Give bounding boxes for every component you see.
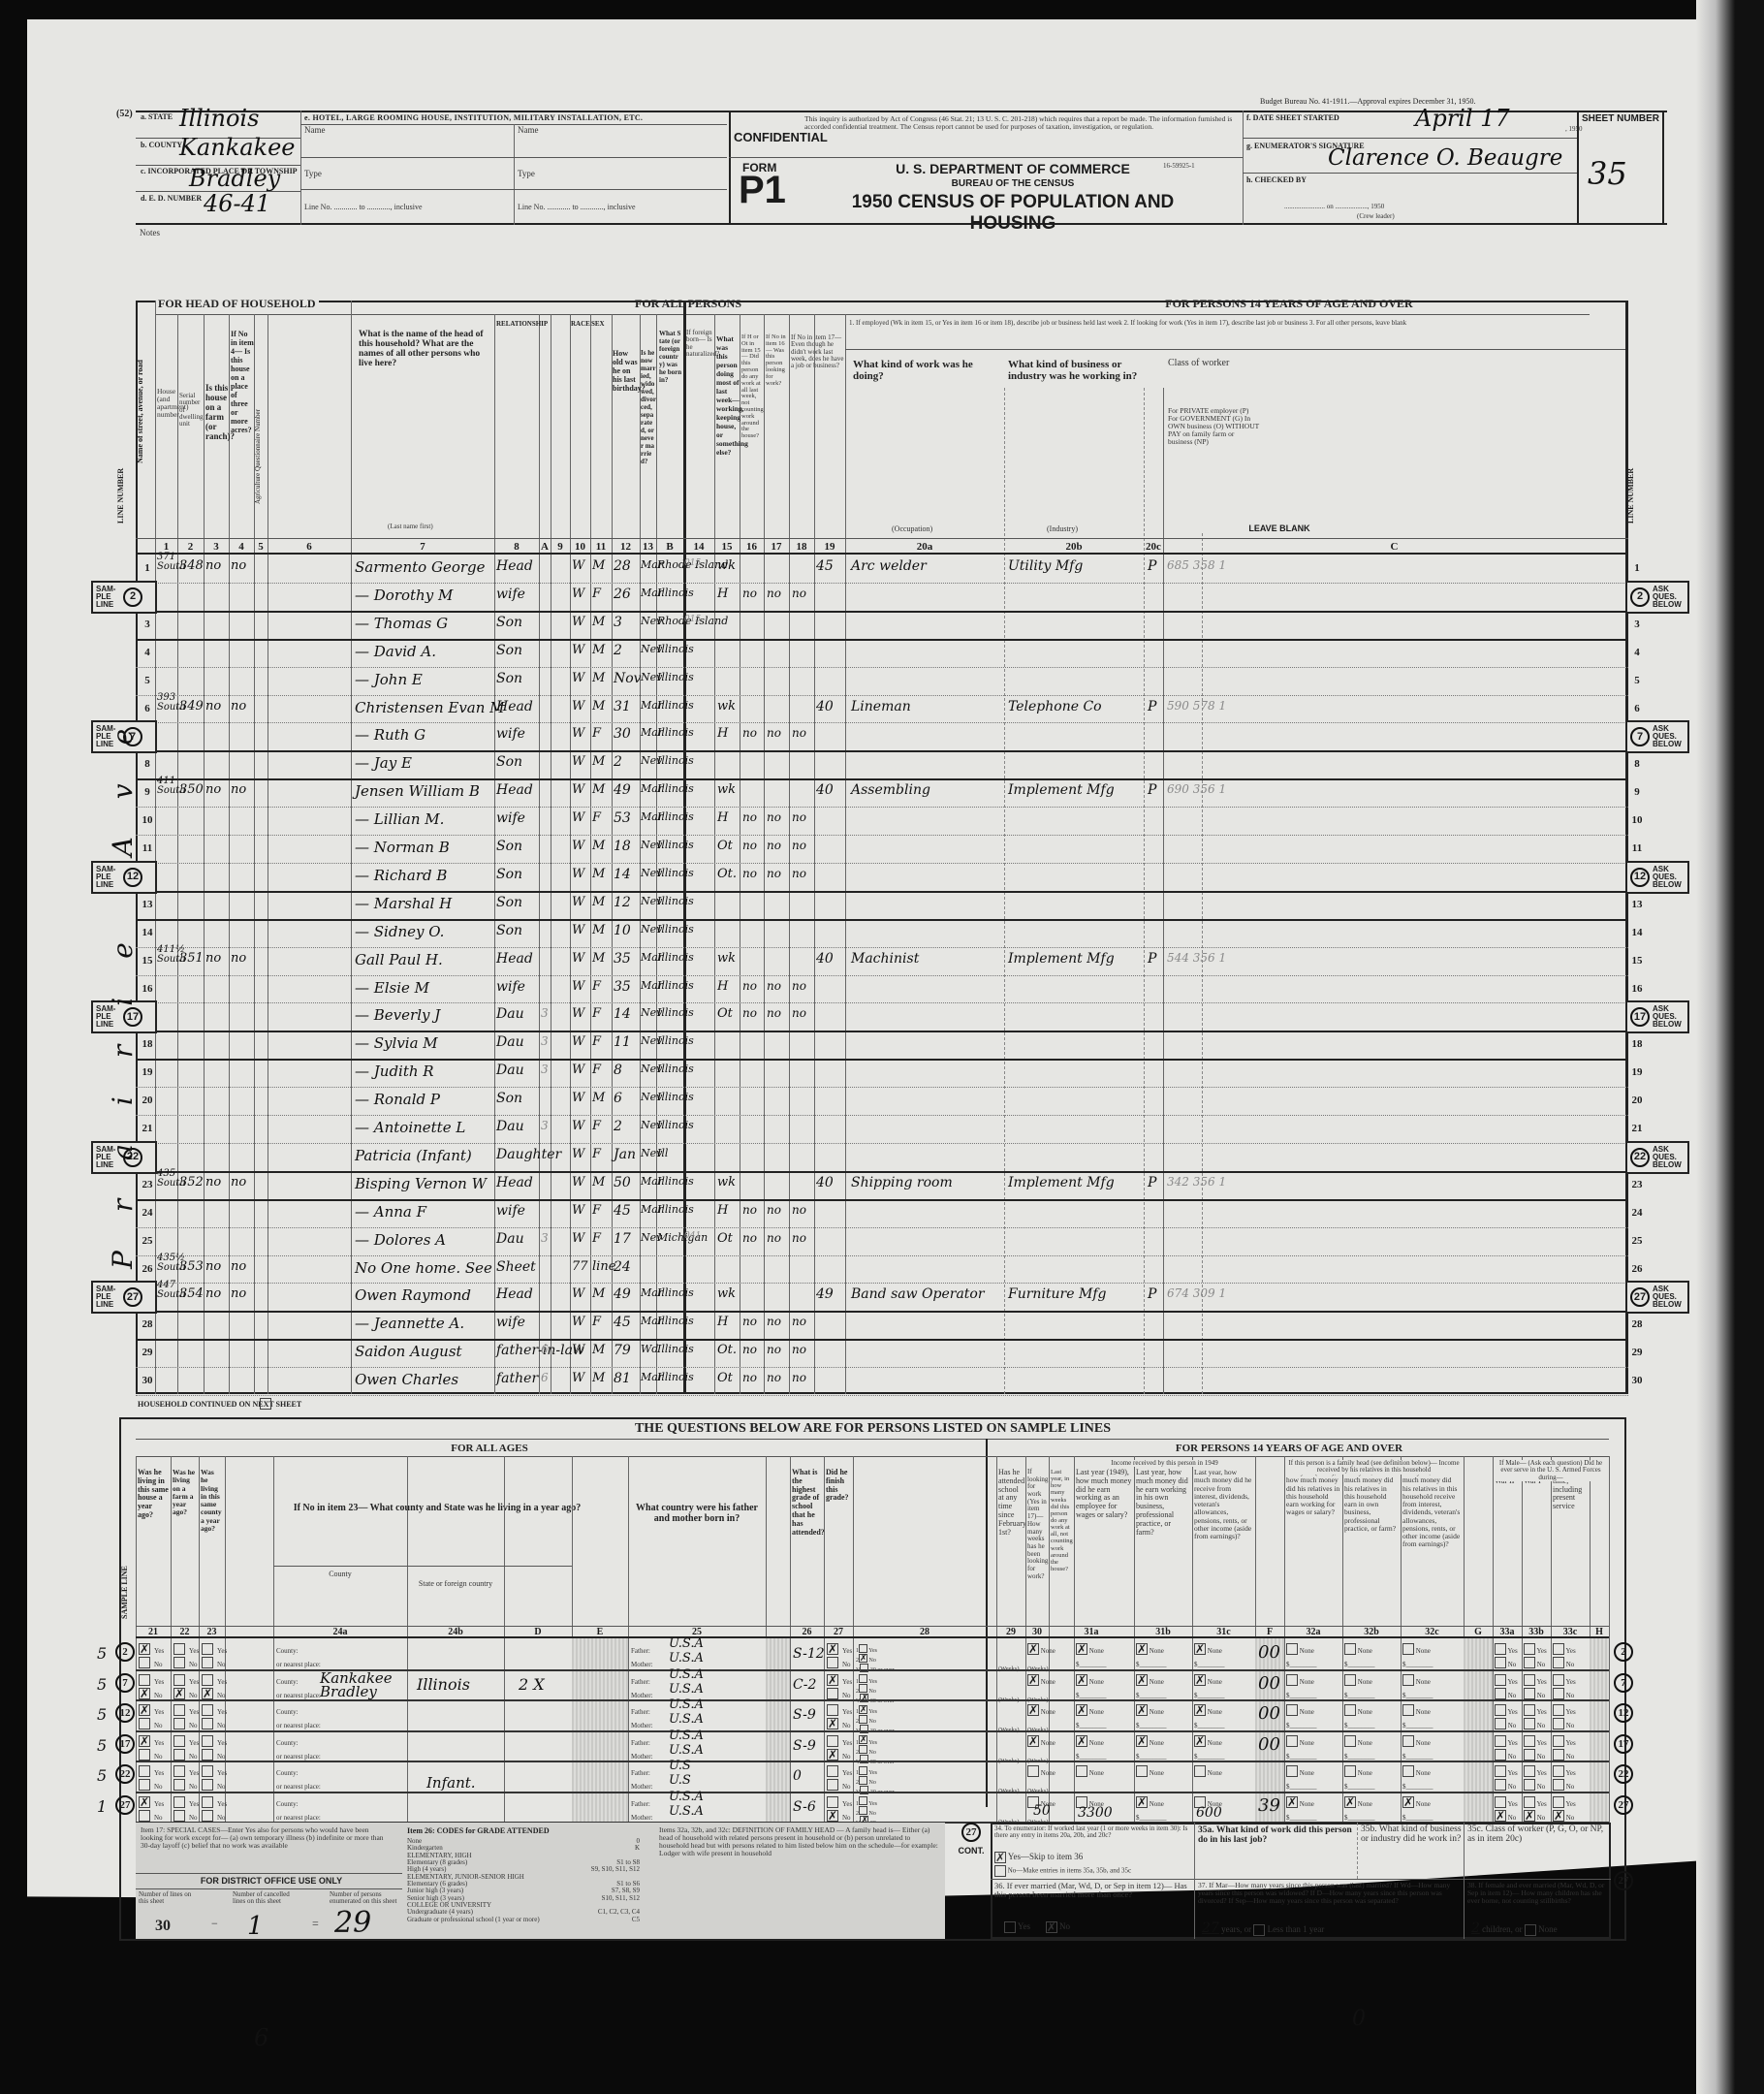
q21-no[interactable]: No [139, 1807, 163, 1824]
q29-weeks-label: (Weeks) [998, 1719, 1020, 1736]
birthplace: Illinois [657, 867, 694, 879]
q21-no[interactable]: No [139, 1715, 163, 1732]
q21-no[interactable]: No [139, 1776, 163, 1793]
q27-no[interactable]: No [827, 1776, 851, 1793]
age: 2 [614, 754, 622, 770]
birthplace: Illinois [657, 1203, 694, 1216]
race: W [572, 1286, 584, 1301]
q36-yes-checkbox[interactable] [1004, 1921, 1016, 1933]
industry: Implement Mfg [1008, 1175, 1115, 1190]
activity: Ot [717, 1371, 733, 1385]
relationship: Daughter [496, 1147, 561, 1162]
column-number: 5 [254, 541, 268, 553]
q23-no[interactable]: No [202, 1807, 226, 1824]
person-name: — Thomas G [355, 615, 448, 632]
worked-answer: no [742, 726, 757, 740]
relationship: wife [496, 979, 525, 995]
q38-none-checkbox[interactable] [1525, 1924, 1536, 1936]
q22-no[interactable]: No [173, 1776, 198, 1793]
person-name: — Elsie M [355, 979, 429, 997]
q22-no[interactable]: No [173, 1654, 198, 1671]
birthplace: Illinois [657, 1371, 694, 1383]
activity: H [717, 1315, 728, 1329]
sex: M [592, 671, 605, 685]
occupation: Lineman [851, 699, 911, 714]
birthplace: Illinois [657, 726, 694, 739]
other-no[interactable]: No [1553, 1746, 1574, 1763]
q30-none[interactable]: ✗ None [1027, 1701, 1055, 1719]
relationship: Son [496, 754, 522, 770]
column-number: 20c [1144, 541, 1163, 553]
race: W [572, 1119, 584, 1133]
q35c-text: 35c. Class of worker (P, G, O, or NP, as… [1467, 1825, 1607, 1845]
q31a-amount-line: $________ [1076, 1685, 1107, 1702]
person-name: — David A. [355, 643, 436, 660]
q32a-amount-line: $________ [1286, 1685, 1317, 1702]
activity: Ot [717, 839, 733, 853]
person-name: — Sidney O. [355, 923, 444, 940]
leave-blank-f: 00 [1258, 1642, 1280, 1663]
has-job-answer: no [792, 1231, 806, 1245]
person-name: Patricia (Infant) [355, 1147, 472, 1164]
leave-blank-f: 00 [1258, 1673, 1280, 1694]
age: 17 [614, 1231, 631, 1247]
ww2-no[interactable]: No [1495, 1746, 1516, 1763]
q32a-amount-line: $________ [1286, 1746, 1317, 1763]
other-no[interactable]: No [1553, 1776, 1574, 1793]
relationship: Dau [496, 1034, 524, 1050]
farm-answer: no [205, 1286, 221, 1301]
ww1-no[interactable]: No [1524, 1746, 1545, 1763]
tally-mark: 5 [97, 1705, 107, 1724]
q27-no[interactable]: ✗ No [827, 1746, 851, 1763]
col6-question: Agriculture Questionnaire Number [254, 349, 268, 504]
father-birthplace: U.S [669, 1759, 691, 1773]
line-number: 8 [137, 758, 158, 770]
age: 49 [614, 782, 631, 798]
grade-codes: None0KindergartenKELEMENTARY, HIGHElemen… [407, 1838, 640, 1923]
q31b-amount-line: $________ [1136, 1654, 1167, 1671]
place-field-label: or nearest place: [276, 1685, 321, 1702]
place-field-label: or nearest place: [276, 1807, 321, 1824]
column-number: A [539, 541, 551, 553]
ask-questions-marker: 17ASK QUES. BELOW [1625, 1000, 1689, 1033]
worked-answer: no [742, 810, 757, 824]
for-persons-14-sample: FOR PERSONS 14 YEARS OF AGE AND OVER [989, 1443, 1590, 1454]
q31c-none[interactable]: None [1194, 1762, 1222, 1780]
line-number: 29 [137, 1347, 158, 1358]
mother-birthplace: U.S.A [669, 1651, 704, 1666]
birthplace: Illinois [657, 979, 694, 992]
highest-grade: S-6 [793, 1799, 816, 1815]
ww1-no[interactable]: No [1524, 1715, 1545, 1732]
ed-value: 46-41 [204, 190, 270, 217]
coding: 590 578 1 [1167, 699, 1226, 713]
worked-answer: no [742, 1371, 757, 1384]
serial-number: 353 [179, 1259, 204, 1274]
line-number: 29 [1626, 1347, 1648, 1358]
line-number: 11 [1626, 842, 1648, 854]
sex: line [592, 1259, 615, 1274]
q21-no[interactable]: No [139, 1654, 163, 1671]
sample-line-number: 22 [112, 1764, 138, 1784]
relationship: wife [496, 1203, 525, 1219]
relationship: Son [496, 923, 522, 938]
relationship: Son [496, 895, 522, 910]
marital-status: Wd [641, 1343, 658, 1355]
farm-answer: no [205, 1259, 221, 1274]
column-number: B [656, 541, 683, 553]
ww1-no[interactable]: No [1524, 1654, 1545, 1671]
house-number: 411½ South [157, 945, 178, 965]
section-all-persons: FOR ALL PERSONS [407, 297, 969, 311]
ww1-no[interactable]: ✗ No [1524, 1807, 1545, 1824]
person-name: Owen Charles [355, 1371, 458, 1388]
sex: M [592, 923, 605, 937]
highest-grade: 0 [793, 1768, 802, 1784]
line-number: 18 [137, 1038, 158, 1050]
column-number: 6 [268, 541, 351, 553]
sample-line-number-right: 17 [1611, 1734, 1636, 1754]
q23-no[interactable]: No [202, 1715, 226, 1732]
line-number: 14 [1626, 927, 1648, 938]
industry: Implement Mfg [1008, 951, 1115, 967]
ww2-no[interactable]: No [1495, 1776, 1516, 1793]
person-name: Owen Raymond [355, 1286, 471, 1304]
line-number: 1 [1626, 562, 1648, 574]
leave-blank-a: 3 [541, 1119, 549, 1132]
q27-header: Did he finish this grade? [826, 1469, 851, 1503]
inst-name-label: Name [304, 126, 326, 135]
q35a-text: 35a. What kind of work did this person d… [1198, 1825, 1353, 1845]
line-number: 10 [137, 814, 158, 826]
relationship: Head [496, 1175, 533, 1190]
q32a-header: Last year (1949), how much money did his… [1286, 1469, 1340, 1517]
crew-leader: (Crew leader) [1357, 213, 1395, 220]
line-number: 24 [137, 1207, 158, 1219]
q30-none[interactable]: ✗ None [1027, 1732, 1055, 1750]
other-no[interactable]: ✗ No [1553, 1807, 1574, 1824]
q27-no[interactable]: ✗ No [827, 1807, 851, 1824]
race: W [572, 923, 584, 937]
place-field-label: or nearest place: [276, 1776, 321, 1793]
q22-no[interactable]: No [173, 1715, 198, 1732]
q27-no[interactable]: No [827, 1654, 851, 1671]
ww1-no[interactable]: No [1524, 1776, 1545, 1793]
activity: H [717, 726, 728, 741]
ww1-no[interactable]: No [1524, 1685, 1545, 1702]
activity: Ot [717, 1231, 733, 1246]
leave-blank-b: 015 [684, 615, 701, 624]
d-lines-value: 30 [155, 1918, 171, 1935]
has-job-answer: no [792, 867, 806, 880]
column-number: 3 [204, 541, 229, 553]
farm-answer: no [205, 699, 221, 714]
race: W [572, 951, 584, 966]
col12-question: Is he now married, widowed, divorced, se… [641, 349, 656, 465]
column-number: 20b [1004, 541, 1144, 553]
relationship: Sheet [496, 1259, 536, 1275]
col10-question: SEX [591, 320, 611, 328]
q37-less-checkbox[interactable] [1253, 1924, 1265, 1936]
age: 50 [614, 1175, 631, 1190]
relationship: Son [496, 643, 522, 658]
birthplace: Illinois [657, 895, 694, 907]
q31b-none[interactable]: None [1136, 1762, 1164, 1780]
col8-question: RELATIONSHIP [496, 320, 539, 328]
acres-answer: no [231, 782, 246, 797]
form-title: 1950 CENSUS OF POPULATION AND HOUSING [829, 192, 1197, 235]
age: 24 [614, 1259, 631, 1275]
institution-label: e. HOTEL, LARGE ROOMING HOUSE, INSTITUTI… [304, 113, 643, 122]
column-number: 14 [683, 541, 714, 553]
state-label: a. STATE [141, 112, 173, 121]
q25-header: What country were his father and mother … [630, 1503, 764, 1524]
worked-answer: no [742, 1231, 757, 1245]
q27-no[interactable]: ✗ No [827, 1715, 851, 1732]
q32c-amount-line: $________ [1402, 1776, 1433, 1793]
state-value: Illinois [179, 105, 259, 132]
q36-no-checkbox[interactable]: ✗ [1046, 1921, 1057, 1933]
race: W [572, 1231, 584, 1246]
race: W [572, 643, 584, 657]
line-number: 6 [137, 703, 158, 714]
mother-birthplace: U.S.A [669, 1712, 704, 1727]
line-number: 16 [137, 983, 158, 995]
person-name: — John E [355, 671, 423, 688]
d-cancel-label: Number of cancelled lines on this sheet [233, 1891, 300, 1906]
hours-worked: 40 [816, 699, 834, 714]
col20c-question: Class of worker [1168, 359, 1260, 369]
relationship: Son [496, 615, 522, 630]
birthplace: Illinois [657, 587, 694, 599]
ww2-no[interactable]: No [1495, 1654, 1516, 1671]
q22-no[interactable]: ✗ No [173, 1685, 198, 1702]
q32c-amount-line: $________ [1402, 1654, 1433, 1671]
sex: F [592, 1119, 601, 1133]
sample-line-number-right: 27 [1611, 1795, 1636, 1815]
state-value: Illinois [417, 1675, 470, 1694]
sheet-label: SHEET NUMBER [1577, 113, 1664, 124]
acres-answer: no [231, 1259, 246, 1274]
mother-birthplace: U.S.A [669, 1682, 704, 1697]
worked-answer: no [742, 839, 757, 852]
for-all-ages: FOR ALL AGES [136, 1443, 843, 1454]
age: 18 [614, 839, 631, 854]
ww2-no[interactable]: ✗ No [1495, 1807, 1516, 1824]
column-number: 9 [551, 541, 570, 553]
q23-no[interactable]: No [202, 1746, 226, 1763]
coding: 342 356 1 [1167, 1175, 1226, 1189]
hours-worked: 40 [816, 1175, 834, 1190]
relationship: wife [496, 726, 525, 742]
q38-text: 38. If female and ever married (Mar, Wd,… [1467, 1882, 1609, 1905]
mother-label: Mother: [631, 1685, 653, 1702]
race: W [572, 1034, 584, 1049]
hours-worked: 40 [816, 782, 834, 798]
line-number: 19 [137, 1066, 158, 1078]
occupation: Machinist [851, 951, 919, 967]
sex: M [592, 699, 605, 714]
father-birthplace: U.S.A [669, 1667, 704, 1682]
hours-worked: 40 [816, 951, 834, 967]
industry: Furniture Mfg [1008, 1286, 1106, 1302]
other-no[interactable]: No [1553, 1685, 1574, 1702]
other-no[interactable]: No [1553, 1654, 1574, 1671]
leave-blank-a: 3 [541, 1006, 549, 1020]
leave-blank-a: 3 [541, 1063, 549, 1076]
age: 81 [614, 1371, 631, 1386]
line-number: 28 [137, 1318, 158, 1330]
sample-line-label: SAMPLE LINE [120, 1512, 134, 1619]
col20c-codes: For PRIVATE employer (P) For GOVERNMENT … [1168, 407, 1260, 445]
q29-header: If looking for work (Yes in item 17)— Ho… [1027, 1469, 1047, 1580]
class-of-worker: P [1148, 951, 1156, 967]
column-number: 7 [351, 541, 494, 553]
q31a-none[interactable]: None [1076, 1762, 1104, 1780]
leave-blank-c: LEAVE BLANK [1212, 523, 1347, 533]
birthplace: Illinois [657, 1175, 694, 1188]
father-birthplace: U.S.A [669, 1697, 704, 1712]
birthplace: Illinois [657, 1119, 694, 1131]
looking-answer: no [767, 1006, 781, 1020]
q21-no[interactable]: ✗ No [139, 1685, 163, 1702]
tally-mark: 5 [97, 1644, 107, 1663]
col20-note: 1. If employed (Wk in item 15, or Yes in… [849, 320, 1615, 327]
race: W [572, 895, 584, 909]
acres-answer: no [231, 1286, 246, 1301]
q30-none[interactable]: ✗ None [1027, 1671, 1055, 1689]
dept-name: U. S. DEPARTMENT OF COMMERCE [829, 161, 1197, 176]
q24a-header: County [275, 1570, 405, 1578]
race: W [572, 726, 584, 741]
birthplace: Illinois [657, 1286, 694, 1299]
checked-on: ........................ on ............… [1284, 204, 1384, 210]
q31c-amount-line: $________ [1194, 1654, 1225, 1671]
looking-answer: no [767, 1343, 781, 1356]
q23-no[interactable]: No [202, 1654, 226, 1671]
sex: F [592, 1203, 601, 1218]
q27-no[interactable]: No [827, 1685, 851, 1702]
person-name: — Dolores A [355, 1231, 446, 1249]
sex: F [592, 726, 601, 741]
col13-question: What State (or foreign country) was he b… [659, 330, 682, 384]
q23-no[interactable]: No [202, 1776, 226, 1793]
sample-line-number-right: 12 [1611, 1703, 1636, 1723]
q34-yes-checkbox[interactable]: ✗ [994, 1852, 1006, 1863]
race: W [572, 782, 584, 797]
tally-mark: 1 [97, 1797, 107, 1816]
age: Jan [614, 1147, 636, 1162]
line-number: 9 [1626, 786, 1648, 798]
place-field-label: or nearest place: [276, 1654, 321, 1671]
q32c-amount-line: $________ [1402, 1715, 1433, 1732]
father-birthplace: U.S.A [669, 1790, 704, 1804]
q31b-amount-line: $________ [1136, 1685, 1167, 1702]
col15-question: What was this person doing most of last … [716, 334, 740, 457]
person-name: — Jay E [355, 754, 412, 772]
inst-type-label: Type [304, 170, 322, 178]
line-number: 6 [1626, 703, 1648, 714]
q24b-header: State or foreign country [409, 1580, 502, 1588]
occupation: Assembling [851, 782, 930, 798]
household-continued-checkbox[interactable] [260, 1398, 271, 1410]
has-job-answer: no [792, 979, 806, 993]
race: W [572, 1091, 584, 1105]
q21-no[interactable]: No [139, 1746, 163, 1763]
ww2-no[interactable]: No [1495, 1715, 1516, 1732]
section-head-household: FOR HEAD OF HOUSEHOLD [155, 297, 319, 311]
other-no[interactable]: No [1553, 1715, 1574, 1732]
checked-label: h. CHECKED BY [1246, 175, 1307, 184]
person-name: Saidon August [355, 1343, 462, 1360]
mother-label: Mother: [631, 1746, 653, 1763]
q30-none[interactable]: None [1027, 1762, 1055, 1780]
birthplace: Illinois [657, 782, 694, 795]
farm-answer: no [205, 951, 221, 966]
d-lines-label: Number of lines on this sheet [139, 1891, 197, 1906]
mother-label: Mother: [631, 1715, 653, 1732]
age: 14 [614, 867, 631, 882]
race: W [572, 558, 584, 573]
age: 31 [614, 699, 631, 714]
coding: 685 358 1 [1167, 558, 1226, 572]
q30-weeks: 50 [1033, 1803, 1051, 1819]
occupation: Shipping room [851, 1175, 953, 1190]
line-number: 15 [1626, 955, 1648, 967]
race: W [572, 1371, 584, 1385]
inst-type-label-2: Type [518, 170, 535, 178]
age: 11 [614, 1034, 631, 1050]
leave-blank-a: 3 [541, 1034, 549, 1048]
birthplace: Illinois [657, 1315, 694, 1327]
highest-grade: S-9 [793, 1738, 816, 1754]
q22-no[interactable]: No [173, 1807, 198, 1824]
race: W [572, 671, 584, 685]
column-number: 16 [740, 541, 764, 553]
q24-header: If No in item 23— What county and State … [275, 1503, 599, 1513]
q34-no-checkbox[interactable] [994, 1865, 1006, 1877]
ww2-no[interactable]: No [1495, 1685, 1516, 1702]
farm-answer: no [205, 782, 221, 797]
looking-answer: no [767, 839, 781, 852]
page-code: (52) [116, 109, 133, 119]
q22-no[interactable]: No [173, 1746, 198, 1763]
col3-question: Serial number of dwelling unit [179, 393, 203, 428]
q23-no[interactable]: ✗ No [202, 1685, 226, 1702]
sex: M [592, 558, 605, 573]
q32b-amount-line: $________ [1344, 1807, 1375, 1824]
line-number: 30 [137, 1375, 158, 1386]
line-number: 13 [137, 899, 158, 910]
person-name: Jensen William B [355, 782, 480, 800]
mother-birthplace: U.S [669, 1773, 691, 1788]
age: 2 [614, 1119, 622, 1134]
q31b-amount-line: $________ [1136, 1746, 1167, 1763]
column-number: 17 [764, 541, 789, 553]
sex: M [592, 895, 605, 909]
industry: Implement Mfg [1008, 782, 1115, 798]
activity: wk [717, 782, 736, 797]
farm-answer: no [205, 558, 221, 573]
looking-answer: no [767, 726, 781, 740]
age: 3 [614, 615, 622, 630]
line-number: 5 [137, 675, 158, 686]
household-continued-label: HOUSEHOLD CONTINUED ON NEXT SHEET [138, 1400, 301, 1409]
column-number: 12 [612, 541, 640, 553]
q30-none[interactable]: ✗ None [1027, 1640, 1055, 1658]
family-head-definition: Items 32a, 32b, and 32c: DEFINITION OF F… [659, 1826, 940, 1857]
